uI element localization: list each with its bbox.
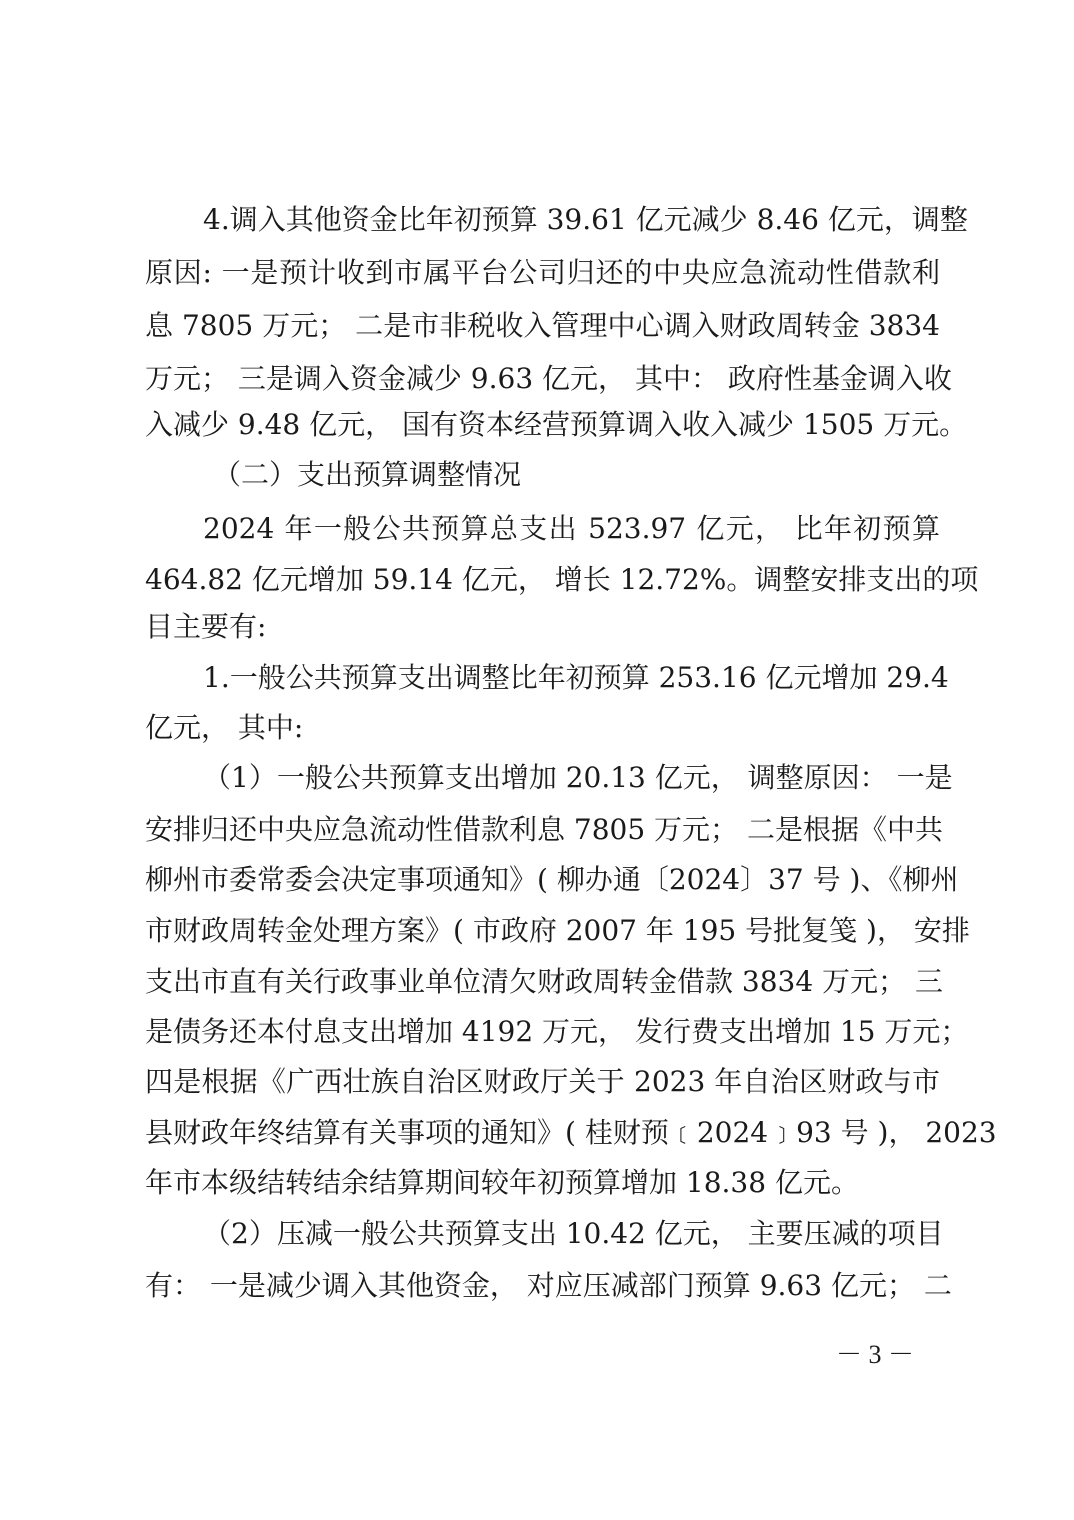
section-heading: （二）支出预算调整情况 — [213, 455, 521, 495]
paragraph-line: 有： 一是减少调入其他资金， 对应压减部门预算 9.63 亿元； 二 — [145, 1266, 940, 1306]
paragraph-line: 入减少 9.48 亿元， 国有资本经营预算调入收入减少 1505 万元。 — [145, 405, 940, 445]
paragraph-line: 年市本级结转结余结算期间较年初预算增加 18.38 亿元。 — [145, 1163, 940, 1203]
paragraph-line: 县财政年终结算有关事项的通知》( 桂财预﹝2024﹞93 号 )， 2023 — [145, 1113, 940, 1153]
paragraph-line: 464.82 亿元增加 59.14 亿元， 增长 12.72%。调整安排支出的项 — [145, 560, 940, 600]
paragraph-line: （1）一般公共预算支出增加 20.13 亿元， 调整原因： 一是 — [203, 758, 940, 798]
paragraph-line: 1.一般公共预算支出调整比年初预算 253.16 亿元增加 29.4 — [203, 658, 940, 698]
paragraph-line: 目主要有: — [145, 607, 940, 647]
page-number: － 3 － — [836, 1338, 914, 1372]
paragraph-line: 支出市直有关行政事业单位清欠财政周转金借款 3834 万元； 三 — [145, 962, 940, 1002]
paragraph-line: 2024 年一般公共预算总支出 523.97 亿元， 比年初预算 — [203, 509, 940, 549]
paragraph-line: 是债务还本付息支出增加 4192 万元， 发行费支出增加 15 万元； — [145, 1012, 940, 1052]
paragraph-line: 四是根据《广西壮族自治区财政厅关于 2023 年自治区财政与市 — [145, 1062, 940, 1102]
document-page: 4.调入其他资金比年初预算 39.61 亿元减少 8.46 亿元，调整 原因: … — [0, 0, 1074, 1520]
paragraph-line: （2）压减一般公共预算支出 10.42 亿元， 主要压减的项目 — [203, 1214, 940, 1254]
paragraph-line: 万元； 三是调入资金减少 9.63 亿元， 其中： 政府性基金调入收 — [145, 359, 940, 399]
paragraph-line: 4.调入其他资金比年初预算 39.61 亿元减少 8.46 亿元，调整 — [203, 200, 940, 240]
paragraph-line: 安排归还中央应急流动性借款利息 7805 万元； 二是根据《中共 — [145, 810, 940, 850]
paragraph-line: 市财政周转金处理方案》( 市政府 2007 年 195 号批复笺 )， 安排 — [145, 911, 940, 951]
paragraph-line: 息 7805 万元； 二是市非税收入管理中心调入财政周转金 3834 — [145, 306, 940, 346]
paragraph-line: 柳州市委常委会决定事项通知》( 柳办通〔2024〕37 号 )、《柳州 — [145, 860, 940, 900]
paragraph-line: 亿元， 其中: — [145, 708, 940, 748]
paragraph-line: 原因: 一是预计收到市属平台公司归还的中央应急流动性借款利 — [145, 253, 940, 293]
